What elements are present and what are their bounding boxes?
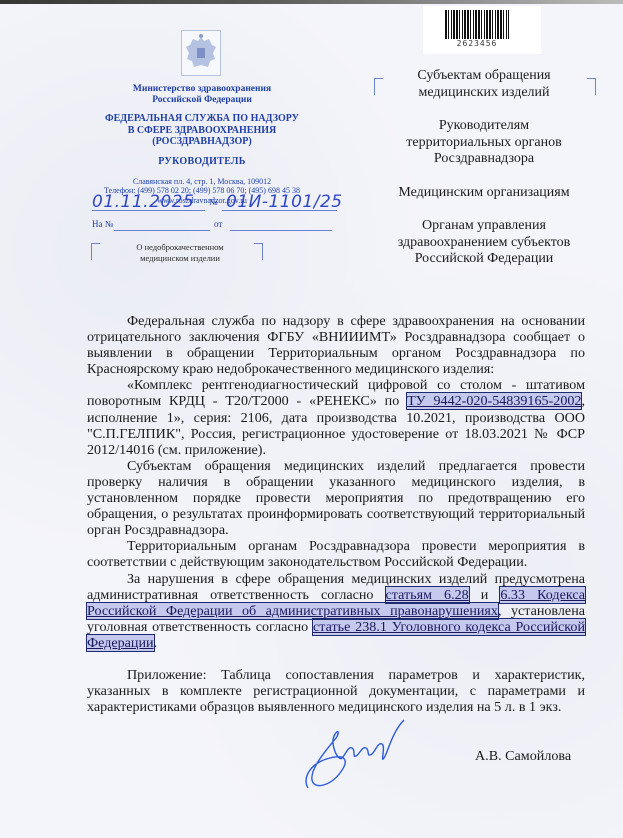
paragraph-notice: Федеральная служба по надзору в сфере зд…	[87, 313, 585, 377]
recipient-item: Органам управления здравоохранением субъ…	[385, 218, 583, 268]
paragraph-subjects: Субъектам обращения медицинских изделий …	[87, 458, 585, 538]
paragraph-appendix: Приложение: Таблица сопоставления параме…	[87, 667, 585, 715]
coat-of-arms-icon	[181, 30, 221, 76]
barcode-bars	[445, 10, 509, 39]
ref-from-label: от	[214, 219, 222, 229]
subject-bracket-left	[91, 243, 100, 260]
number-underline	[222, 210, 337, 211]
letter-body: Федеральная служба по надзору в сфере зд…	[87, 313, 585, 715]
ref-date-blank	[230, 230, 332, 231]
subject-bracket-right	[254, 243, 263, 260]
date-underline	[92, 210, 205, 211]
recipient-item: Субъектам обращения медицинских изделий	[385, 68, 583, 101]
ministry-name: Министерство здравоохранения Российской …	[86, 84, 318, 106]
recipients-block: Субъектам обращения медицинских изделий …	[385, 68, 583, 285]
letterhead: Министерство здравоохранения Российской …	[86, 84, 318, 205]
article-6-28-link[interactable]: статьям 6.28	[386, 587, 469, 603]
barcode-number: 2623456	[423, 39, 531, 48]
recipient-item: Руководителям территориальных органов Ро…	[385, 118, 583, 168]
registration-line: 01.11.2025 № 01И-1101/25	[92, 192, 332, 214]
scan-edge	[0, 0, 623, 4]
paragraph-territorial: Территориальным органам Росздравнадзора …	[87, 538, 585, 570]
recipient-item: Медицинским организациям	[385, 185, 583, 202]
number-sign: №	[209, 197, 218, 207]
reference-line: На № от	[92, 219, 337, 233]
paragraph-liability: За нарушения в сфере обращения медицинск…	[87, 571, 585, 651]
signer-name: А.В. Самойлова	[475, 748, 571, 765]
handwritten-date: 01.11.2025	[92, 192, 194, 212]
service-name: ФЕДЕРАЛЬНАЯ СЛУЖБА ПО НАДЗОРУ В СФЕРЕ ЗД…	[86, 113, 318, 148]
role-title: РУКОВОДИТЕЛЬ	[86, 156, 318, 167]
subject-line: О недоброкачественном медицинском издели…	[110, 242, 250, 264]
tech-spec-link[interactable]: ТУ 9442-020-54839165-2002	[407, 393, 581, 409]
barcode: 2623456	[423, 6, 541, 54]
ref-number-blank	[114, 230, 210, 231]
handwritten-number: 01И-1101/25	[226, 192, 343, 212]
recipients-bracket-left	[374, 78, 383, 95]
recipients-bracket-right	[587, 78, 596, 95]
signature-icon	[300, 718, 410, 798]
paragraph-device: «Комплекс рентгенодиагностический цифров…	[87, 377, 585, 457]
ref-number-label: На №	[92, 219, 113, 229]
postal-address: Славянская пл. 4, стр. 1, Москва, 109012	[86, 177, 318, 187]
